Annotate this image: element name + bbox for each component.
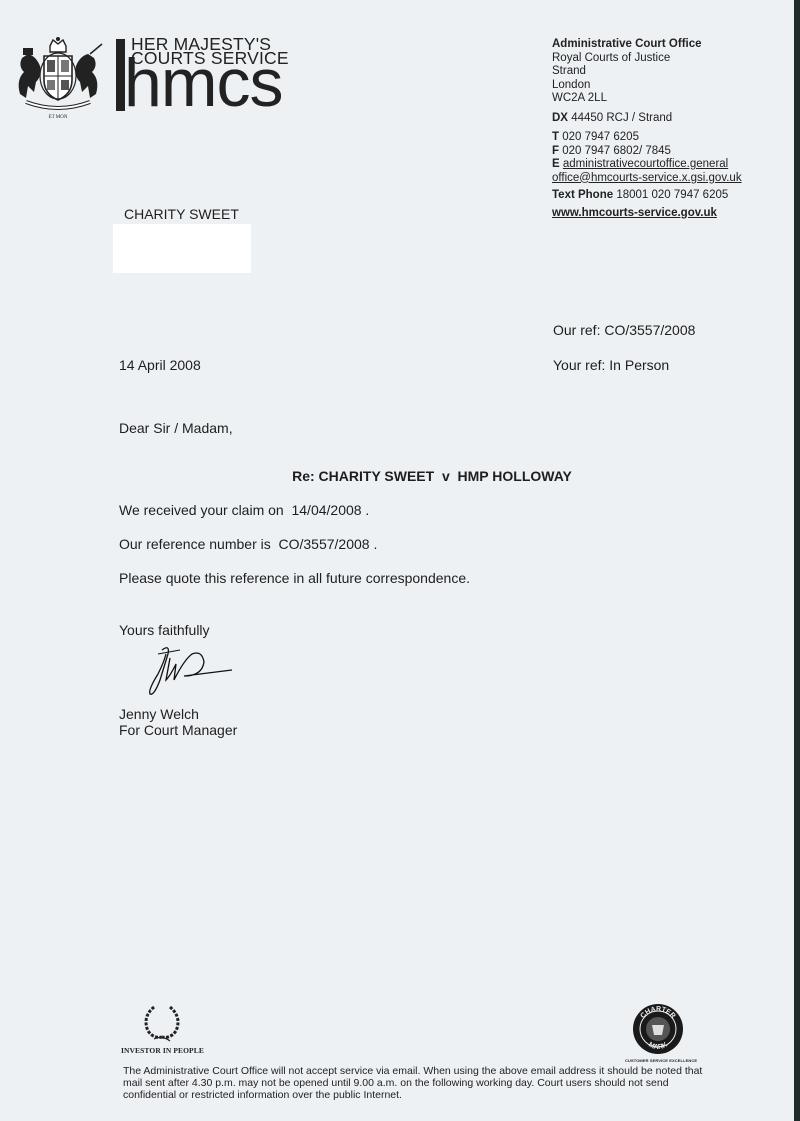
signer-role: For Court Manager (119, 722, 237, 738)
our-reference: Our ref: CO/3557/2008 (553, 322, 695, 338)
address-line: Royal Courts of Justice (552, 52, 742, 66)
body-paragraph: Our reference number is CO/3557/2008 . (119, 536, 377, 552)
recipient-name: CHARITY SWEET (124, 206, 239, 222)
fax-line: F 020 7947 6802/ 7845 (552, 145, 742, 159)
charter-mark-label: CUSTOMER SERVICE EXCELLENCE (625, 1058, 697, 1063)
website-link[interactable]: www.hmcourts-service.gov.uk (552, 207, 717, 219)
fax-label: F (552, 145, 559, 157)
dx-label: DX (552, 112, 568, 124)
office-address-block: Administrative Court Office Royal Courts… (552, 38, 742, 220)
letter-date: 14 April 2008 (119, 357, 201, 373)
fax-value: 020 7947 6802/ 7845 (562, 145, 671, 157)
office-name: Administrative Court Office (552, 38, 742, 52)
address-postcode: WC2A 2LL (552, 92, 742, 106)
tel-label: T (552, 131, 559, 143)
closing: Yours faithfully (119, 622, 210, 638)
dx-line: DX 44450 RCJ / Strand (552, 112, 742, 126)
address-line: Strand (552, 65, 742, 79)
textphone-value: 18001 020 7947 6205 (616, 189, 728, 201)
tel-value: 020 7947 6205 (562, 131, 639, 143)
charter-mark-icon: CHARTER MARK (632, 1003, 684, 1055)
textphone-label: Text Phone (552, 189, 613, 201)
signature-icon (140, 640, 232, 700)
your-reference: Your ref: In Person (553, 357, 669, 373)
royal-coat-of-arms-icon: ET MON (12, 36, 104, 120)
email-service-notice: The Administrative Court Office will not… (123, 1065, 713, 1101)
signer-name: Jenny Welch (119, 706, 199, 722)
address-line: London (552, 79, 742, 93)
svg-text:ET MON: ET MON (49, 115, 68, 120)
subject-text: Re: CHARITY SWEET v HMP HOLLOWAY (292, 468, 572, 484)
email-link-part2[interactable]: office@hmcourts-service.x.gsi.gov.uk (552, 172, 742, 184)
redacted-address (113, 224, 251, 273)
body-paragraph: We received your claim on 14/04/2008 . (119, 502, 369, 518)
subject-line: Re: CHARITY SWEET v HMP HOLLOWAY (0, 468, 800, 484)
scan-edge (794, 0, 800, 1121)
investor-in-people-wreath-icon (140, 1003, 184, 1043)
email-line: E administrativecourtoffice.general (552, 158, 742, 172)
salutation: Dear Sir / Madam, (119, 420, 233, 436)
dx-value: 44450 RCJ / Strand (571, 112, 672, 124)
telephone-line: T 020 7947 6205 (552, 131, 742, 145)
email-label: E (552, 158, 560, 170)
hmcs-logo: hmcs (124, 53, 282, 113)
email-link-part1[interactable]: administrativecourtoffice.general (563, 158, 728, 170)
textphone-line: Text Phone 18001 020 7947 6205 (552, 189, 742, 203)
body-paragraph: Please quote this reference in all futur… (119, 570, 470, 586)
investor-in-people-label: INVESTOR IN PEOPLE (121, 1046, 204, 1055)
